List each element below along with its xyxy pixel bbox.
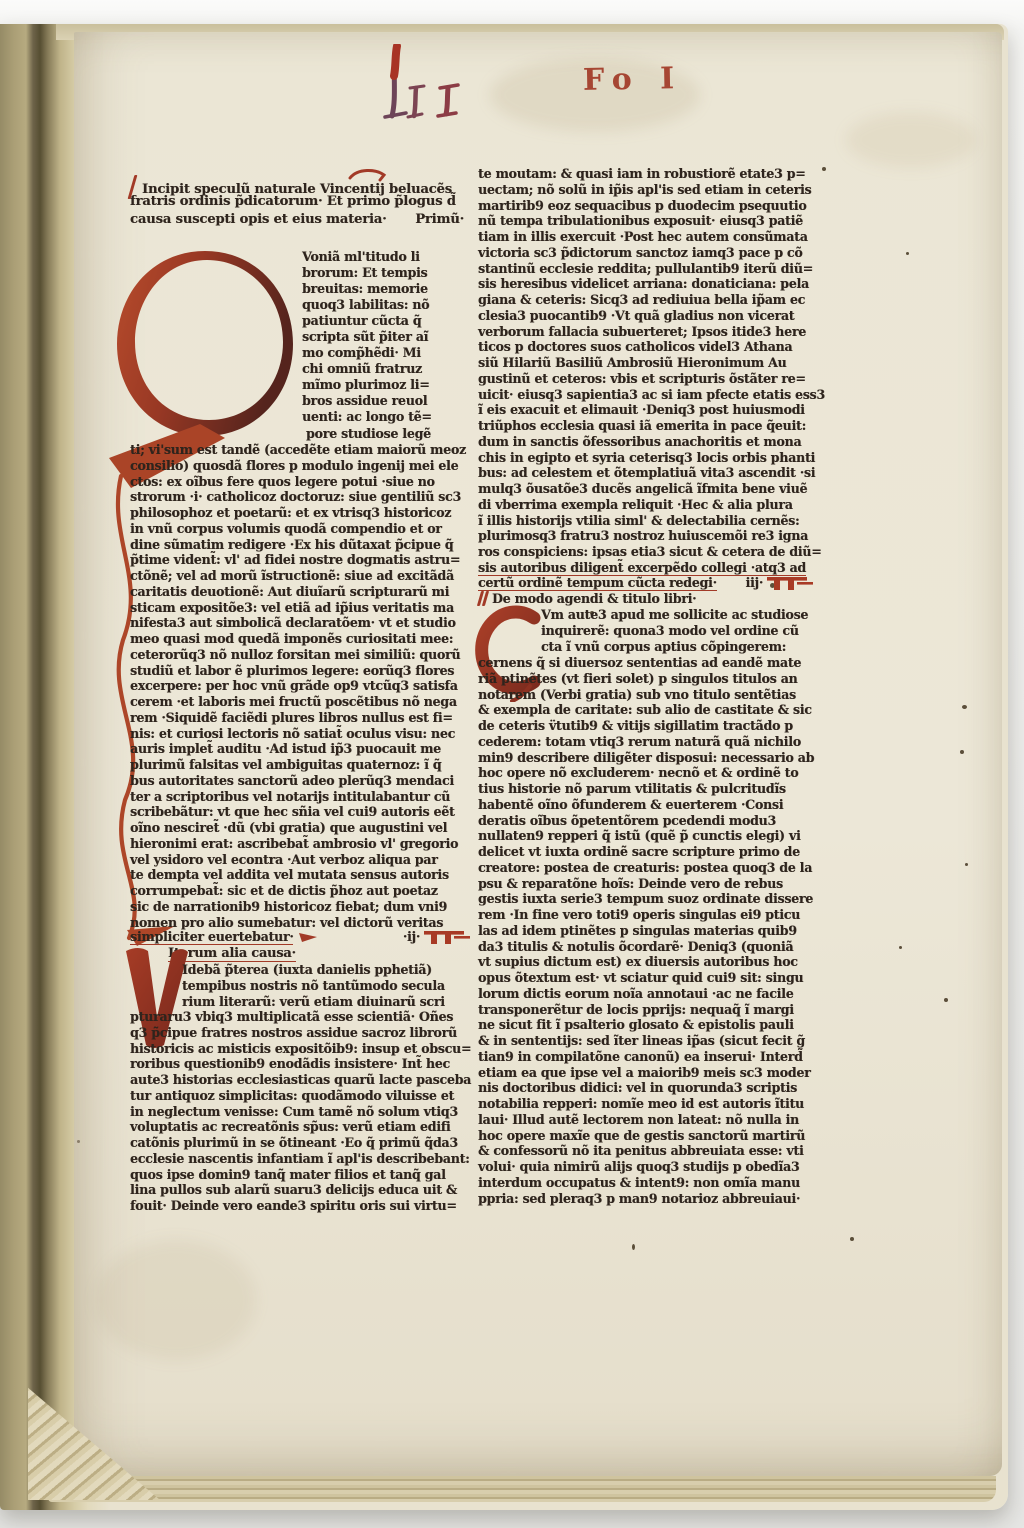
text-line: scripta sũt p̃iter aĩ — [130, 329, 475, 345]
text-line: cederem: totam vtiq3 rerum naturã quã ni… — [478, 734, 823, 750]
text-line: scribebãtur: vt que hec sñia vel cui9 au… — [130, 804, 475, 820]
text-line: gustinũ et ceteros: vbis et scripturis õ… — [478, 371, 823, 387]
left-body-1: ti; vi'sum est tandẽ (accedẽte etiam mai… — [130, 442, 475, 930]
text-line: rem ·In fine vero toti9 operis singulas … — [478, 907, 823, 923]
text-line: bros assidue reuol — [130, 393, 475, 409]
text-line: brorum: Et tempis — [130, 265, 475, 281]
right-section-end-line: certũ ordinẽ tempum cũcta redegi· iij· — [478, 575, 813, 591]
text-line: studiũ et labor ẽ plurimos legere: eorũq… — [130, 663, 475, 679]
ink-speck — [962, 705, 967, 709]
text-line: quos ipse domin9 tanq̃ mater filios et t… — [130, 1167, 475, 1183]
text-line: interdum occupatus & intent9: non omĩa m… — [478, 1175, 823, 1191]
ink-speck — [944, 998, 948, 1002]
ink-speck — [632, 1244, 635, 1250]
text-line: ĩ eis exacuit et elimauit ·Deniq3 post h… — [478, 402, 823, 418]
text-line: corrumpebat̃: sic et de dictis p̃hoz aut… — [130, 883, 475, 899]
page-bottom-edges — [48, 1476, 996, 1502]
text-line: consilio) quosdã flores p modulo ingenij… — [130, 458, 475, 474]
rubric-section-icon — [424, 929, 470, 945]
text-line: ctos: ex oĩbus fere quos legere potui ·s… — [130, 474, 475, 490]
text-line: vt supius dictum est) ex diuersis autori… — [478, 954, 823, 970]
text-line: tian9 in compilatõne canonũ) ea inserui·… — [478, 1049, 823, 1065]
text-line: Voniã ml'titudo li — [130, 249, 475, 265]
text-line: nis doctoribus didici: vel in quorunda3 … — [478, 1080, 823, 1096]
text-line: psu & reparatõne hoĩs: Deinde vero de re… — [478, 876, 823, 892]
text-line: riã ptinẽtes (vt fieri solet) p singulos… — [478, 671, 823, 687]
text-line: in neglectum venisse: Cum tamẽ nõ solum … — [130, 1104, 475, 1120]
text-line: de ceteris v̈tutib9 & vitijs sigillatim … — [478, 718, 823, 734]
text-line: te moutam: & quasi iam in robustiorẽ eta… — [478, 166, 823, 182]
right-body-1: te moutam: & quasi iam in robustiorẽ eta… — [478, 166, 823, 560]
left-column-heading: Incipit speculũ naturale Vincentij belua… — [130, 175, 470, 229]
text-line: breuitas: memorie — [130, 281, 475, 297]
heading-rubric-word: Primũ· — [415, 211, 464, 229]
ink-speck — [77, 1140, 80, 1143]
parchment-stain — [96, 1240, 256, 1360]
ink-speck — [906, 252, 909, 255]
text-line: q3 p̃cipue fratres nostros assidue sacro… — [130, 1025, 475, 1041]
heading-line: Incipit speculũ naturale Vincentij belua… — [130, 175, 470, 193]
text-line: chi omniũ fratruz — [130, 361, 475, 377]
text-line: ter a scriptoribus vel notarijs intitula… — [130, 789, 475, 805]
text-line: ne sicut fit ĩ psalterio glosato & epist… — [478, 1017, 823, 1033]
text-line: Idebã p̃terea (iuxta danielis pphetiã) — [182, 962, 482, 978]
text-line: mulq3 õusatõe3 ducẽs angelicã ĩfmita ben… — [478, 481, 823, 497]
text-line: excerpere: per hoc vnũ grãde op9 vtcũq3 … — [130, 678, 475, 694]
text-line: volui· quia nimirũ alijs quoq3 studijs p… — [478, 1159, 823, 1175]
heading-line: causa suscepti opis et eius materia·Prim… — [130, 211, 470, 229]
right-body-2: cernens q̃ si diuersoz sententias ad ean… — [478, 655, 823, 1206]
text-line: da3 titulis & notulis õcordarẽ· Deniq3 (… — [478, 939, 823, 955]
text-line: notabilia repperi: nomĩe meo id est auto… — [478, 1096, 823, 1112]
text-line: voluptatis ac recreatõnis sp̃us: verũ et… — [130, 1119, 475, 1135]
text-line: strorum ·i· catholicoz doctoruz: siue ge… — [130, 489, 475, 505]
text-line: ceterorũq3 nõ nulloz forsitan mei simili… — [130, 647, 475, 663]
heading-text: causa suscepti opis et eius materia· — [130, 211, 387, 229]
ink-speck — [965, 863, 968, 866]
text-line: tiam in illis exercuit ·Post hec autem c… — [478, 229, 823, 245]
photo-scene: Fo I Incipit speculũ naturale Vincentij … — [0, 0, 1024, 1528]
text-line: martirib9 eoz sequacibus p duodecim pseq… — [478, 198, 823, 214]
text-line: ĩ illis historijs vtilia siml' & delecta… — [478, 513, 823, 529]
text-line: las ad idem ptinẽtes p singulas materias… — [478, 923, 823, 939]
text-line: nullaten9 repperi q̃ istũ (quẽ p̃ cuncti… — [478, 828, 823, 844]
text-line: sticam expositõe3: vel etiã ad ip̃ius ve… — [130, 600, 475, 616]
folio-number: Fo I — [583, 61, 684, 98]
text-line: hieronimi erat: ascribebat̃ ambrosio vl'… — [130, 836, 475, 852]
text-line: catõnis plurimũ in se õtineant ·Eo q̃ pr… — [130, 1135, 475, 1151]
text-line: uenti: ac longo tẽ= — [130, 409, 475, 425]
heading-line: fratris ordinis p̃dicatorum· Et primo p̃… — [130, 193, 470, 211]
text-line: delicet vt iuxta ordinẽ sacre scripture … — [478, 844, 823, 860]
text-line: rem ·Siquidẽ faciẽdi plures libros nullu… — [130, 710, 475, 726]
text-line: Vm aute3 apud me sollicite ac studiose — [541, 607, 831, 623]
text-line: creatore: postea de creaturis: postea qu… — [478, 860, 823, 876]
text-line: cta ĩ vnũ corpus aptius cõpingerem: — [541, 639, 831, 655]
text-line: triũphos ecclesia quasi iã emerita in pa… — [478, 418, 823, 434]
text-line: opus õtextum est· vt sciatur quid cui9 s… — [478, 970, 823, 986]
text-line: stantinũ ecclesie reddita; pullulantib9 … — [478, 261, 823, 277]
text-line: pore studiose legẽ — [130, 426, 475, 442]
text-line: aute3 historias ecclesiasticas quarũ lac… — [130, 1072, 475, 1088]
text-line: gestis iuxta serie3 tempum suoz ordinate… — [478, 891, 823, 907]
text-line: p̃time vident̃: vl' ad fidei nostre dogm… — [130, 552, 475, 568]
right-underlined-line: sis autoribus diligent̃ excerpẽdo colleg… — [478, 560, 806, 576]
folio-mark-left — [382, 44, 478, 124]
text-line: oĩno nesciret̃ ·dũ (vbi gratia) que augu… — [130, 820, 475, 836]
text-line: plurimosq3 fratru3 nostroz huiuscemõi re… — [478, 528, 823, 544]
right-body-2-indented: Vm aute3 apud me sollicite ac studiosein… — [541, 607, 831, 654]
text-line: chis in egipto et syria ceterisq3 locis … — [478, 450, 823, 466]
text-line: cernens q̃ si diuersoz sententias ad ean… — [478, 655, 823, 671]
text-line: victoria sc3 p̃dictorum sanctoz iamq3 pa… — [478, 245, 823, 261]
text-line: verborum fallacia subuerteret; Ipsos iti… — [478, 324, 823, 340]
text-line: cerem ·et laboris mei fructũ poscẽtibus … — [130, 694, 475, 710]
text-line: patiuntur cũcta q̃ — [130, 313, 475, 329]
left-opening-lines: Voniã ml'titudo librorum: Et tempisbreui… — [130, 249, 475, 442]
ink-speck — [850, 1237, 854, 1241]
left-body-2-indented: Idebã p̃terea (iuxta danielis pphetiã)te… — [182, 962, 482, 1009]
text-line: min9 describere diligẽter disposui: nece… — [478, 750, 823, 766]
text-line: ros conspiciens: ipsas etia3 sicut & cet… — [478, 544, 823, 560]
text-line: plurimũ falsitas vel ambiguitas quaterno… — [130, 757, 475, 773]
text-line: & confessorũ nõ ita penitus abbreuiata e… — [478, 1143, 823, 1159]
text-line: lina pullos sub alarũ suaru3 delicijs ed… — [130, 1182, 475, 1198]
text-line: ecclesie nascentis infantiam ĩ apl'is de… — [130, 1151, 475, 1167]
ink-speck — [899, 946, 902, 949]
text-line: meo quasi mod quedã imponẽs curiositati … — [130, 631, 475, 647]
text-line: sic de narrationib9 historicoz fiebat; d… — [130, 899, 475, 915]
text-line: ctõnẽ; vel ad morũ ĩstructionẽ: siue ad … — [130, 568, 475, 584]
section-number: ·ij· — [403, 929, 420, 945]
text-line: tempibus nostris nõ tantũmodo secula — [182, 978, 482, 994]
text-line: ti; vi'sum est tandẽ (accedẽte etiam mai… — [130, 442, 475, 458]
text-line: habentẽ oĩno õfunderem & euerterem ·Cons… — [478, 797, 823, 813]
text-line: mĩmo plurimoz li= — [130, 377, 475, 393]
text-line: historicis ac misticis expositõib9: insu… — [130, 1041, 475, 1057]
underlined-text: certũ ordinẽ tempum cũcta redegi· — [478, 575, 717, 592]
left-body-2: pturaru3 vbiq3 multiplicatã esse scienti… — [130, 1009, 475, 1214]
text-line: quoq3 labilitas: nõ — [130, 297, 475, 313]
text-line: te dempta vel addita vel mutata sensus a… — [130, 867, 475, 883]
text-line: mo comp̃hẽdi· Mi — [130, 345, 475, 361]
text-line: caritatis deuotionẽ: Aut diuĩarũ scriptu… — [130, 584, 475, 600]
text-line: roribus questionib9 enodãdis insistere· … — [130, 1056, 475, 1072]
text-line: deratis oĩbus õpetentõrem pcedendi modu3 — [478, 813, 823, 829]
text-line: & in sententijs: sed ĩter lineas ip̃as (… — [478, 1033, 823, 1049]
rubric-flourish-icon — [348, 166, 388, 182]
text-line: clesia3 puocantib9 ·Vt quã gladius non v… — [478, 308, 823, 324]
text-line: nũ tempa tribulationibus exposuit· eiusq… — [478, 213, 823, 229]
text-line: siũ Hilariũ Basiliũ Ambrosiũ Hieronimum … — [478, 355, 823, 371]
section-number: iij· — [745, 575, 763, 591]
ink-speck — [960, 750, 964, 754]
text-line: hoc opere maxĩe que de gestis sanctorũ m… — [478, 1128, 823, 1144]
parchment-stain — [846, 112, 976, 168]
text-line: sis heresibus videlicet arriana: donatic… — [478, 276, 823, 292]
text-line: pturaru3 vbiq3 multiplicatã esse scienti… — [130, 1009, 475, 1025]
text-line: nis: et curiosi lectoris nõ satiat̃ ocul… — [130, 726, 475, 742]
text-line: vel ysidoro vel econtra ·Aut verboz aliq… — [130, 852, 475, 868]
text-line: tius historie nõ parum vtilitatis & pulc… — [478, 781, 823, 797]
text-line: uicit· eiusq3 sapientia3 ac si iam pfect… — [478, 387, 823, 403]
text-line: dum in sanctis õfessoribus anachoritis e… — [478, 434, 823, 450]
text-line: philosophoz et poetarũ: et ex vtrisq3 hi… — [130, 505, 475, 521]
text-line: transponerẽtur de locis pprijs: nequaq̃ … — [478, 1002, 823, 1018]
text-line: bus autoritates sanctorũ adeo plerũq3 me… — [130, 773, 475, 789]
text-line: fouit· Deinde vero eande3 spiritu oris s… — [130, 1198, 475, 1214]
text-line: giana & ceteris: Sicq3 ad rediuiua bella… — [478, 292, 823, 308]
text-line: auris implet̃ auditu ·Ad istud ip̃3 puoc… — [130, 741, 475, 757]
text-line: tur antiquoz simplicitas: quodãmodo vilu… — [130, 1088, 475, 1104]
text-line: lorum dictis eorum noĩa annotaui ·ac ne … — [478, 986, 823, 1002]
text-line: uectam; nõ solũ in ip̃is apl'is sed etia… — [478, 182, 823, 198]
text-line: di vberrima exempla reliquit ·Hec & alia… — [478, 497, 823, 513]
rubric-arrow-icon — [299, 931, 319, 943]
text-line: in vnũ corpus volumis quodã compendio et… — [130, 521, 475, 537]
text-line: nifesta3 aut simbolicã declaratõem· vt e… — [130, 615, 475, 631]
text-line: hoc opere nõ excluderem· necnõ et & ordi… — [478, 765, 823, 781]
rubric-section-icon — [767, 575, 813, 591]
text-line: laui· Illud autẽ lectorem non lateat: nõ… — [478, 1112, 823, 1128]
text-line: etiam ea que ipse vel a maiorib9 meis sc… — [478, 1065, 823, 1081]
text-line: notarem (Verbi gratia) sub vno titulo se… — [478, 687, 823, 703]
text-line: rium literarũ: verũ etiam diuinarũ scri — [182, 994, 482, 1010]
text-line: ticos p doctores suos catholicos videl3 … — [478, 339, 823, 355]
text-line: dine sũmatim redigere ·Ex his dũtaxat p̃… — [130, 537, 475, 553]
pilcrow-icon — [130, 175, 139, 199]
heading-text: fratris ordinis p̃dicatorum· Et primo p̃… — [130, 194, 456, 209]
text-line: ppria: sed pleraq3 p man9 notarioz abbre… — [478, 1191, 823, 1207]
text-line: inquirerẽ: quona3 modo vel ordine cũ — [541, 623, 831, 639]
text-line: bus: ad celestem et õtemplatiuã vita3 as… — [478, 465, 823, 481]
text-line: & exempla de caritate: sub alio de casti… — [478, 702, 823, 718]
